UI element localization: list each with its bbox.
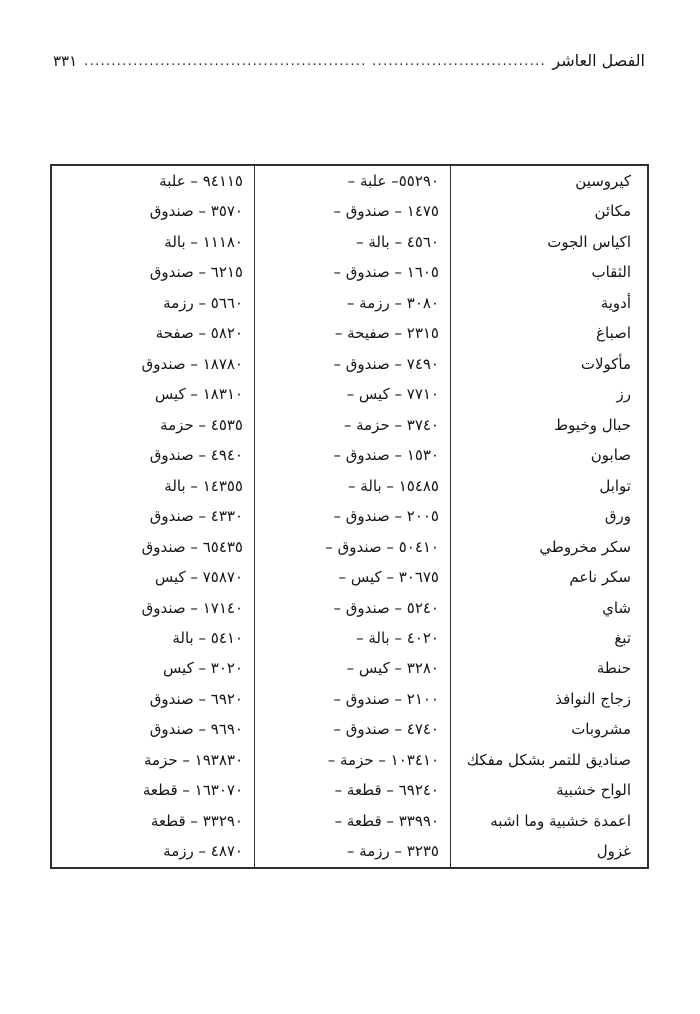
quantity-cell-middle: ١٠٣٤١٠ – حزمة – bbox=[254, 745, 450, 775]
quantity-cell-middle: ٤٧٤٠ – صندوق – bbox=[254, 715, 450, 745]
table-row: سكر ناعم ٣٠٦٧٥ – كيس – ٧٥٨٧٠ – كيس bbox=[52, 562, 647, 592]
item-name-cell: حنطة bbox=[450, 654, 647, 684]
quantity-cell-middle: ٣٢٨٠ – كيس – bbox=[254, 654, 450, 684]
quantity-cell-left: ٣٣٢٩٠ – قطعة bbox=[52, 806, 254, 836]
dotted-leader: ........................................… bbox=[84, 54, 545, 69]
quantity-cell-left: ٣٥٧٠ – صندوق bbox=[52, 196, 254, 226]
item-name-cell: أدوية bbox=[450, 288, 647, 318]
quantity-cell-middle: ١٤٧٥ – صندوق – bbox=[254, 196, 450, 226]
quantity-cell-left: ١٨٣١٠ – كيس bbox=[52, 379, 254, 409]
item-name-cell: سكر مخروطي bbox=[450, 532, 647, 562]
table-row: مأكولات ٧٤٩٠ – صندوق – ١٨٧٨٠ – صندوق bbox=[52, 349, 647, 379]
quantity-cell-left: ١٤٣٥٥ – بالة bbox=[52, 471, 254, 501]
page-header: الفصل العاشر ...........................… bbox=[53, 51, 645, 70]
table-row: غزول ٣٢٣٥ – رزمة – ٤٨٧٠ – رزمة bbox=[52, 837, 647, 867]
quantity-cell-middle: ٢٠٠٥ – صندوق – bbox=[254, 501, 450, 531]
quantity-cell-middle: ١٥٤٨٥ – بالة – bbox=[254, 471, 450, 501]
item-name-cell: مأكولات bbox=[450, 349, 647, 379]
commodities-table: كيروسين ٥٥٢٩٠– علبة – ٩٤١١٥ – علبة مكائن… bbox=[50, 164, 649, 869]
table-row: توابل ١٥٤٨٥ – بالة – ١٤٣٥٥ – بالة bbox=[52, 471, 647, 501]
quantity-cell-left: ٥٦٦٠ – رزمة bbox=[52, 288, 254, 318]
quantity-cell-middle: ٥٢٤٠ – صندوق – bbox=[254, 593, 450, 623]
quantity-cell-left: ٤٥٣٥ – حزمة bbox=[52, 410, 254, 440]
table-row: اعمدة خشبية وما اشبه ٣٣٩٩٠ – قطعة – ٣٣٢٩… bbox=[52, 806, 647, 836]
table-row: أدوية ٣٠٨٠ – رزمة – ٥٦٦٠ – رزمة bbox=[52, 288, 647, 318]
quantity-cell-left: ٦٢١٥ – صندوق bbox=[52, 257, 254, 287]
table-row: الثقاب ١٦٠٥ – صندوق – ٦٢١٥ – صندوق bbox=[52, 257, 647, 287]
quantity-cell-middle: ١٦٠٥ – صندوق – bbox=[254, 257, 450, 287]
quantity-cell-middle: ٢٣١٥ – صفيحة – bbox=[254, 318, 450, 348]
quantity-cell-left: ٧٥٨٧٠ – كيس bbox=[52, 562, 254, 592]
quantity-cell-left: ٩٦٩٠ – صندوق bbox=[52, 715, 254, 745]
quantity-cell-left: ٤٣٣٠ – صندوق bbox=[52, 501, 254, 531]
item-name-cell: مشروبات bbox=[450, 715, 647, 745]
item-name-cell: توابل bbox=[450, 471, 647, 501]
item-name-cell: سكر ناعم bbox=[450, 562, 647, 592]
quantity-cell-left: ١٦٣٠٧٠ – قطعة bbox=[52, 776, 254, 806]
quantity-cell-middle: ٧٧١٠ – كيس – bbox=[254, 379, 450, 409]
quantity-cell-middle: ١٥٣٠ – صندوق – bbox=[254, 440, 450, 470]
table-row: زجاج النوافذ ٢١٠٠ – صندوق – ٦٩٢٠ – صندوق bbox=[52, 684, 647, 714]
quantity-cell-left: ٥٤١٠ – بالة bbox=[52, 623, 254, 653]
quantity-cell-middle: ٦٩٢٤٠ – قطعة – bbox=[254, 776, 450, 806]
quantity-cell-left: ٩٤١١٥ – علبة bbox=[52, 166, 254, 196]
table-row: الواح خشبية ٦٩٢٤٠ – قطعة – ١٦٣٠٧٠ – قطعة bbox=[52, 776, 647, 806]
quantity-cell-middle: ٥٠٤١٠ – صندوق – bbox=[254, 532, 450, 562]
item-name-cell: شاي bbox=[450, 593, 647, 623]
quantity-cell-middle: ٤٥٦٠ – بالة – bbox=[254, 227, 450, 257]
item-name-cell: مكائن bbox=[450, 196, 647, 226]
quantity-cell-left: ٦٩٢٠ – صندوق bbox=[52, 684, 254, 714]
item-name-cell: الثقاب bbox=[450, 257, 647, 287]
item-name-cell: صابون bbox=[450, 440, 647, 470]
quantity-cell-middle: ٢١٠٠ – صندوق – bbox=[254, 684, 450, 714]
quantity-cell-left: ١٩٣٨٣٠ – حزمة bbox=[52, 745, 254, 775]
table-row: شاي ٥٢٤٠ – صندوق – ١٧١٤٠ – صندوق bbox=[52, 593, 647, 623]
quantity-cell-left: ١٧١٤٠ – صندوق bbox=[52, 593, 254, 623]
document-page: الفصل العاشر ...........................… bbox=[0, 0, 700, 1014]
quantity-cell-left: ٦٥٤٣٥ – صندوق bbox=[52, 532, 254, 562]
table-row: مكائن ١٤٧٥ – صندوق – ٣٥٧٠ – صندوق bbox=[52, 196, 647, 226]
item-name-cell: كيروسين bbox=[450, 166, 647, 196]
table-row: ورق ٢٠٠٥ – صندوق – ٤٣٣٠ – صندوق bbox=[52, 501, 647, 531]
item-name-cell: اصباغ bbox=[450, 318, 647, 348]
quantity-cell-middle: ٣٠٨٠ – رزمة – bbox=[254, 288, 450, 318]
table-row: سكر مخروطي ٥٠٤١٠ – صندوق – ٦٥٤٣٥ – صندوق bbox=[52, 532, 647, 562]
table-row: تبغ ٤٠٢٠ – بالة – ٥٤١٠ – بالة bbox=[52, 623, 647, 653]
quantity-cell-left: ٤٩٤٠ – صندوق bbox=[52, 440, 254, 470]
item-name-cell: زجاج النوافذ bbox=[450, 684, 647, 714]
page-number: ٣٣١ bbox=[53, 52, 77, 70]
table-row: رز ٧٧١٠ – كيس – ١٨٣١٠ – كيس bbox=[52, 379, 647, 409]
quantity-cell-left: ٤٨٧٠ – رزمة bbox=[52, 837, 254, 867]
item-name-cell: اعمدة خشبية وما اشبه bbox=[450, 806, 647, 836]
table-row: حبال وخيوط ٣٧٤٠ – حزمة – ٤٥٣٥ – حزمة bbox=[52, 410, 647, 440]
quantity-cell-middle: ٧٤٩٠ – صندوق – bbox=[254, 349, 450, 379]
item-name-cell: غزول bbox=[450, 837, 647, 867]
quantity-cell-middle: ٤٠٢٠ – بالة – bbox=[254, 623, 450, 653]
quantity-cell-left: ١٨٧٨٠ – صندوق bbox=[52, 349, 254, 379]
item-name-cell: رز bbox=[450, 379, 647, 409]
table-row: حنطة ٣٢٨٠ – كيس – ٣٠٢٠ – كيس bbox=[52, 654, 647, 684]
item-name-cell: ورق bbox=[450, 501, 647, 531]
table-row: صناديق للتمر بشكل مفكك ١٠٣٤١٠ – حزمة – ١… bbox=[52, 745, 647, 775]
quantity-cell-left: ١١١٨٠ – بالة bbox=[52, 227, 254, 257]
table-row: مشروبات ٤٧٤٠ – صندوق – ٩٦٩٠ – صندوق bbox=[52, 715, 647, 745]
table-row: كيروسين ٥٥٢٩٠– علبة – ٩٤١١٥ – علبة bbox=[52, 166, 647, 196]
item-name-cell: صناديق للتمر بشكل مفكك bbox=[450, 745, 647, 775]
table-row: اصباغ ٢٣١٥ – صفيحة – ٥٨٢٠ – صفحة bbox=[52, 318, 647, 348]
quantity-cell-middle: ٥٥٢٩٠– علبة – bbox=[254, 166, 450, 196]
item-name-cell: تبغ bbox=[450, 623, 647, 653]
quantity-cell-middle: ٣٧٤٠ – حزمة – bbox=[254, 410, 450, 440]
chapter-title: الفصل العاشر bbox=[552, 51, 645, 70]
table-row: اكياس الجوت ٤٥٦٠ – بالة – ١١١٨٠ – بالة bbox=[52, 227, 647, 257]
quantity-cell-left: ٥٨٢٠ – صفحة bbox=[52, 318, 254, 348]
item-name-cell: اكياس الجوت bbox=[450, 227, 647, 257]
table-row: صابون ١٥٣٠ – صندوق – ٤٩٤٠ – صندوق bbox=[52, 440, 647, 470]
quantity-cell-left: ٣٠٢٠ – كيس bbox=[52, 654, 254, 684]
quantity-cell-middle: ٣٠٦٧٥ – كيس – bbox=[254, 562, 450, 592]
item-name-cell: حبال وخيوط bbox=[450, 410, 647, 440]
quantity-cell-middle: ٣٣٩٩٠ – قطعة – bbox=[254, 806, 450, 836]
quantity-cell-middle: ٣٢٣٥ – رزمة – bbox=[254, 837, 450, 867]
item-name-cell: الواح خشبية bbox=[450, 776, 647, 806]
